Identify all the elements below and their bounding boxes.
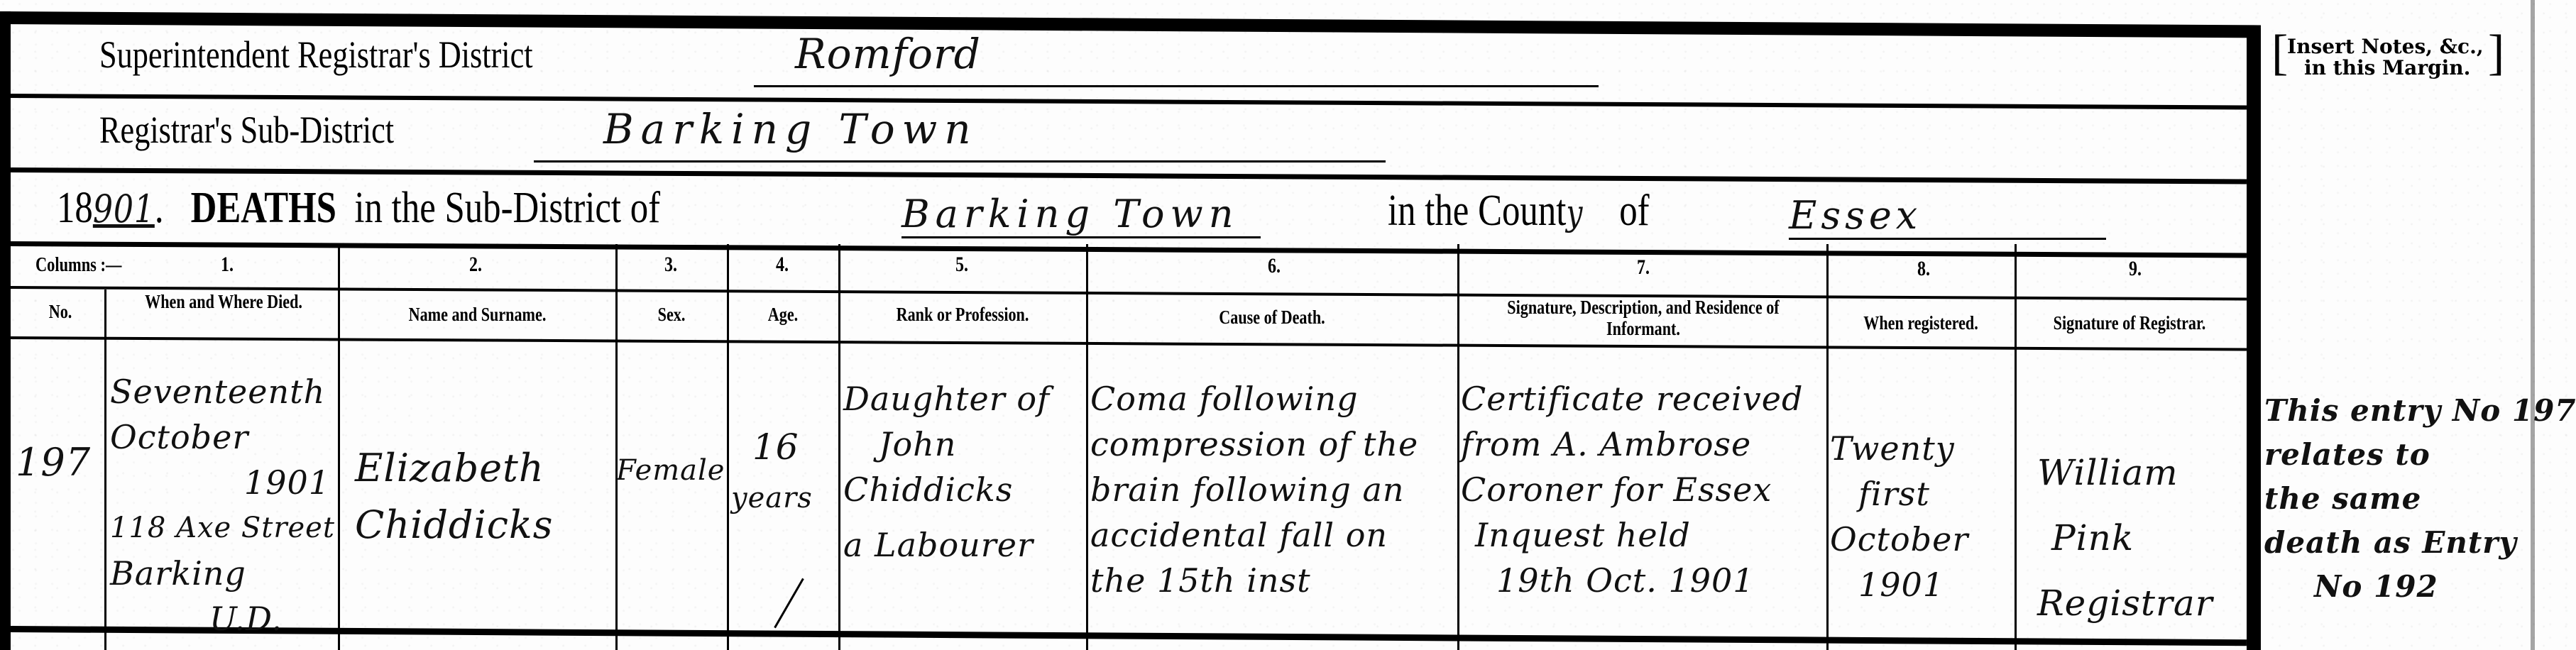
year-value: 901 [93, 187, 155, 231]
entry-informant: Certificate received from A. Ambrose Cor… [1461, 376, 1824, 603]
superintendent-label: Superintendent Registrar's District [99, 33, 533, 77]
divider-after-entry [11, 626, 2247, 646]
entry-rank-profession: Daughter of John Chiddicks a Labourer [843, 376, 1085, 568]
margin-note-line: This entry No 197 [2264, 389, 2534, 433]
divider-after-column-headings [11, 336, 2247, 351]
registrar-line: Registrar [2037, 571, 2243, 636]
registered-line: Twenty [1830, 426, 2013, 471]
cause-line: brain following an [1090, 467, 1456, 512]
column-number-3: 3. [654, 253, 688, 277]
column-number-8: 8. [1907, 257, 1941, 281]
when-where-line: October [110, 414, 337, 460]
entry-age: 16 years [731, 419, 838, 521]
margin-note-line: death as Entry [2264, 521, 2534, 565]
column-heading-4: Age. [739, 304, 828, 325]
rank-line: a Labourer [843, 522, 1085, 568]
divider-after-deaths [11, 241, 2247, 258]
margin-note-header-line1: Insert Notes, &c., [2287, 35, 2484, 58]
register-page: Superintendent Registrar's District Romf… [0, 0, 2576, 650]
column-heading-1: When and Where Died. [133, 291, 314, 312]
cause-line: compression of the [1090, 422, 1456, 467]
county-line: in the County of [1388, 186, 1650, 236]
column-heading-9: Signature of Registrar. [2031, 312, 2229, 334]
informant-line: Coroner for Essex [1461, 467, 1824, 512]
entry-sex: Female [616, 454, 725, 487]
margin-note-line: the same [2264, 477, 2534, 521]
col-line-2 [615, 244, 618, 650]
registered-line: October [1830, 517, 2013, 562]
when-where-line: 1901 [110, 460, 337, 505]
left-border [0, 11, 11, 650]
when-where-line: Barking [110, 551, 337, 596]
superintendent-value: Romford [795, 30, 981, 78]
margin-note-line: relates to [2264, 433, 2534, 477]
subdistrict-value: Barking Town [603, 105, 978, 153]
informant-line: Certificate received [1461, 376, 1824, 422]
rank-line: John [843, 422, 1085, 467]
entry-no: 197 [16, 440, 91, 485]
deaths-subdistrict-value: Barking Town [901, 192, 1261, 238]
entry-when-registered: Twenty first October 1901 [1830, 426, 2013, 607]
name-line: Elizabeth [355, 440, 610, 497]
registrar-line: Pink [2037, 505, 2243, 571]
informant-line: from A. Ambrose [1461, 422, 1824, 467]
right-bracket: ] [2488, 28, 2504, 78]
county-label: in the Count [1388, 187, 1566, 235]
cause-line: Coma following [1090, 376, 1456, 422]
when-where-line: Seventeenth [110, 369, 337, 414]
name-line: Chiddicks [355, 497, 610, 553]
right-border [2247, 28, 2261, 650]
column-number-5: 5. [945, 253, 979, 277]
page-edge [2531, 0, 2535, 650]
left-bracket: [ [2271, 28, 2288, 78]
when-where-line: U.D. [110, 596, 337, 641]
deaths-subdistrict-label: in the Sub-District of [354, 184, 660, 232]
age-unit: years [731, 475, 838, 521]
county-suffix: y [1566, 192, 1583, 233]
column-heading-8: When registered. [1839, 312, 2002, 334]
column-number-7: 7. [1626, 255, 1660, 280]
margin-note: This entry No 197 relates to the same de… [2264, 389, 2534, 609]
column-heading-2: Name and Surname. [366, 304, 590, 325]
column-number-9: 9. [2118, 257, 2152, 281]
subdistrict-label: Registrar's Sub-District [99, 108, 394, 152]
entry-cause-of-death: Coma following compression of the brain … [1090, 376, 1456, 603]
entry-name: Elizabeth Chiddicks [355, 440, 610, 553]
column-heading-7: Signature, Description, and Residence of… [1503, 297, 1783, 339]
margin-note-line: No 192 [2264, 565, 2534, 609]
cause-line: accidental fall on [1090, 512, 1456, 558]
deaths-title: DEATHS [191, 184, 336, 232]
column-heading-6: Cause of Death. [1122, 307, 1423, 328]
registrar-line: William [2037, 440, 2243, 505]
entry-registrar-signature: William Pink Registrar [2037, 440, 2243, 636]
registered-line: 1901 [1830, 562, 2013, 607]
informant-line: Inquest held [1461, 512, 1824, 558]
column-number-6: 6. [1257, 254, 1291, 278]
col-line-8 [2015, 244, 2017, 650]
when-where-line: 118 Axe Street [110, 505, 337, 551]
column-number-4: 4. [765, 253, 799, 277]
margin-note-header-line2: in this Margin. [2304, 57, 2470, 79]
informant-line: 19th Oct. 1901 [1461, 558, 1824, 603]
registered-line: first [1830, 471, 2013, 517]
column-heading-no: No. [28, 301, 92, 322]
col-line-no [104, 290, 106, 650]
column-number-1: 1. [210, 253, 244, 277]
deaths-line: 18901. DEATHS in the Sub-District of [57, 183, 660, 233]
col-line-5 [1086, 244, 1088, 650]
cause-line: the 15th inst [1090, 558, 1456, 603]
col-line-6 [1457, 244, 1459, 650]
columns-label: Columns :— [35, 254, 121, 277]
year-prefix: 18 [57, 184, 93, 232]
entry-when-where: Seventeenth October 1901 118 Axe Street … [110, 369, 337, 641]
divider-after-subdistrict [11, 167, 2247, 184]
rank-line: Daughter of [843, 376, 1085, 422]
county-of-label: of [1619, 187, 1649, 235]
superintendent-underline [754, 85, 1599, 87]
rank-line: Chiddicks [843, 467, 1085, 512]
divider-after-column-numbers [11, 286, 2247, 300]
column-heading-5: Rank or Profession. [862, 304, 1063, 325]
column-heading-3: Sex. [627, 304, 716, 325]
column-number-2: 2. [459, 253, 493, 277]
age-tick-mark [774, 578, 804, 629]
col-line-4 [838, 244, 840, 650]
county-value: Essex [1789, 193, 2106, 240]
col-line-3 [727, 244, 729, 650]
subdistrict-underline [534, 160, 1386, 162]
age-value: 16 [731, 419, 838, 475]
col-line-7 [1826, 244, 1829, 650]
year-period: . [155, 184, 191, 232]
col-line-1 [338, 244, 340, 650]
